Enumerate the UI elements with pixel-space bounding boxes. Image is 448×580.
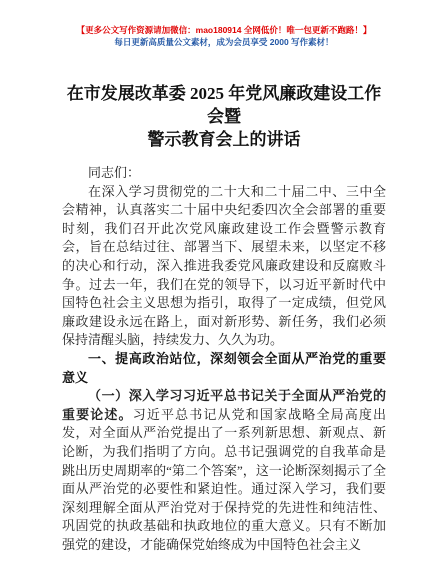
section-heading-1: 一、提高政治站位，深刻领会全面从严治党的重要意义: [62, 350, 386, 387]
ad-line-red: 【更多公文写作资源请加微信：mao180914 全网低价！唯一包更新不跑路！】: [62, 24, 386, 36]
document-body: 同志们： 在深入学习贯彻党的二十大和二十届二中、三中全会精神，认真落实二十届中央…: [62, 164, 386, 554]
paragraph-body-text: 习近平总书记从党和国家战略全局高度出发，对全面从严治党提出了一系列新思想、新观点…: [62, 407, 386, 552]
paragraph-intro: 在深入学习贯彻党的二十大和二十届二中、三中全会精神，认真落实二十届中央纪委四次全…: [62, 183, 386, 350]
salutation: 同志们：: [62, 164, 386, 183]
document-title-line1: 在市发展改革委 2025 年党风廉政建设工作会暨: [62, 82, 386, 128]
document-page: 【更多公文写作资源请加微信：mao180914 全网低价！唯一包更新不跑路！】 …: [0, 0, 448, 580]
document-title: 在市发展改革委 2025 年党风廉政建设工作会暨 警示教育会上的讲话: [62, 82, 386, 151]
document-title-line2: 警示教育会上的讲话: [62, 128, 386, 151]
paragraph-section-1-1: （一）深入学习习近平总书记关于全面从严治党的重要论述。习近平总书记从党和国家战略…: [62, 387, 386, 554]
page-number: 1: [0, 541, 448, 552]
ad-banner: 【更多公文写作资源请加微信：mao180914 全网低价！唯一包更新不跑路！】 …: [62, 24, 386, 48]
ad-line-blue: 每日更新高质量公文素材，成为会员享受 2000 写作素材！: [62, 36, 386, 48]
